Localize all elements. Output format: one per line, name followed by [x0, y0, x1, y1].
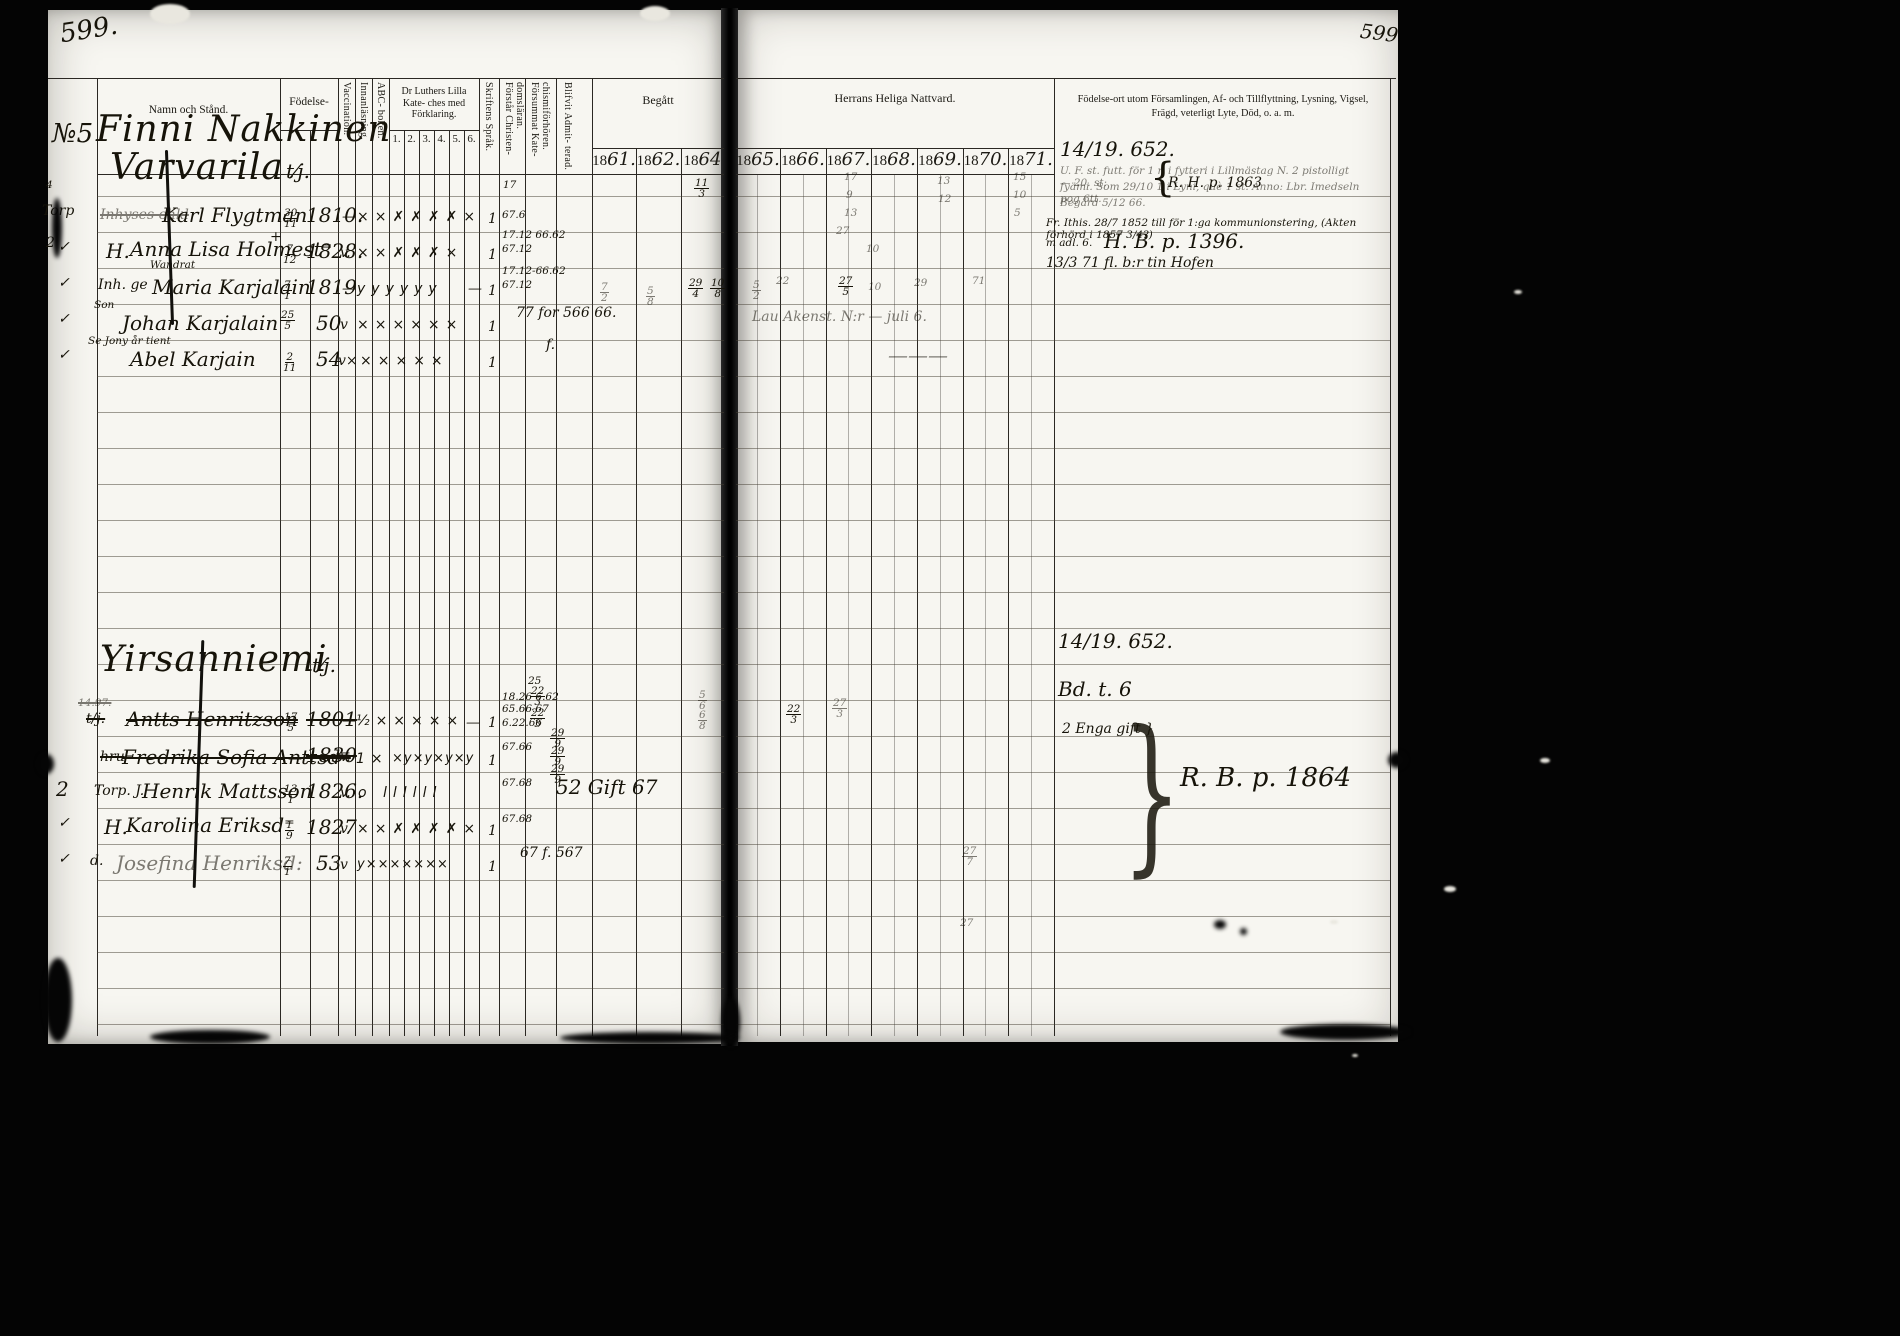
ruled-line: [736, 952, 1390, 953]
handwriting: Begärd 5/12 66.: [1060, 198, 1146, 210]
grid-line: [48, 78, 724, 79]
header-understands: Förstår Christen- domsläran.: [503, 82, 525, 172]
grid-line: [592, 78, 593, 1036]
ruled-line: [97, 232, 724, 233]
ruled-line: [736, 880, 1390, 881]
header-begatt: Begått: [592, 94, 724, 108]
grid-line: [499, 78, 500, 1036]
handwriting: 67.68: [502, 814, 532, 826]
scan-smudge: [150, 1030, 270, 1044]
handwriting: v: [340, 858, 348, 874]
begatt-year-label: 1861.: [592, 149, 636, 170]
handwriting: 255: [280, 310, 295, 331]
person-name: Josefina Henriksd:: [116, 852, 303, 874]
handwriting: 211: [283, 352, 296, 373]
handwriting: 27: [960, 918, 973, 930]
handwriting: 223: [530, 708, 545, 729]
scan-speck: [1330, 920, 1338, 924]
scan-smudge: [52, 198, 62, 258]
handwriting: 67.12: [502, 244, 532, 256]
ruled-line: [736, 592, 1390, 593]
person-name: Karolina Eriksd⁼: [126, 814, 295, 836]
catechism-col-number: 3.: [419, 133, 434, 145]
ruled-line: [97, 628, 724, 629]
handwriting: 2: [56, 778, 69, 800]
ruled-line: [736, 340, 1390, 341]
handwriting: 108: [710, 278, 725, 299]
handwriting: 77 for 566 66.: [516, 306, 616, 322]
scan-smudge: [44, 958, 72, 1042]
nattvard-year-label: 1867.: [826, 149, 871, 170]
brace: }: [1122, 714, 1181, 874]
handwriting: Son: [94, 300, 114, 312]
handwriting: 67 f. 567: [520, 846, 583, 862]
scan-speck: [1352, 1054, 1358, 1057]
person-name: Abel Karjain: [130, 348, 256, 370]
ruled-line: [97, 412, 724, 413]
grid-line: [389, 130, 479, 131]
catechism-col-number: 2.: [404, 133, 419, 145]
handwriting: —: [342, 210, 356, 226]
household-number: №5: [52, 120, 93, 149]
nattvard-year-label: 1870.: [963, 149, 1008, 170]
handwriting: 67.12: [502, 280, 532, 292]
scan-speck: [150, 4, 190, 24]
handwriting: H.: [104, 816, 128, 838]
handwriting: Lau Akenst. N:r — juli 6.: [752, 310, 1012, 326]
handwriting: d.: [90, 854, 103, 870]
person-name: Antts Henritzson: [126, 708, 298, 730]
nattvard-year-label: 1869.: [917, 149, 963, 170]
handwriting: 712: [283, 244, 296, 265]
scan-smudge: [38, 754, 54, 774]
handwriting: v.: [340, 246, 351, 262]
handwriting: 277: [962, 846, 977, 867]
handwriting: 71: [972, 276, 985, 288]
scan-smudge: [560, 1032, 740, 1044]
handwriting: 223: [530, 686, 545, 707]
handwriting: 1: [488, 716, 497, 732]
handwriting: 3011: [283, 208, 298, 229]
header-catechism: Dr Luthers Lilla Kate- ches med Förklari…: [390, 86, 478, 121]
handwriting: —: [342, 282, 356, 298]
handwriting: 53: [316, 852, 341, 874]
handwriting: ✓: [58, 348, 70, 364]
grid-line: [419, 130, 420, 1036]
handwriting: ××✗✗✗✗×: [357, 822, 481, 838]
handwriting: 17.12 66.62: [502, 230, 565, 242]
nattvard-year-label: 1866.: [780, 149, 826, 170]
ruled-line: [97, 880, 724, 881]
ruled-line: [97, 484, 724, 485]
person-name: Anna Lisa Holmest⁼: [130, 238, 332, 260]
ruled-line: [97, 1024, 724, 1025]
handwriting: 56: [698, 690, 707, 711]
begatt-year-label: 1864: [681, 149, 724, 170]
note: 14/19. 652.: [1058, 630, 1173, 652]
handwriting: 13: [844, 208, 857, 220]
ruled-line: [97, 304, 724, 305]
scan-speck: [1540, 758, 1550, 763]
handwriting: 175: [283, 712, 298, 733]
ruled-line: [97, 772, 724, 773]
handwriting: ✓: [58, 312, 70, 328]
scanned-church-record: Namn och Stånd. Födelse- Vaccination. In…: [0, 0, 1900, 1336]
scan-speck: [1514, 290, 1522, 294]
handwriting: o llllll: [358, 786, 442, 802]
handwriting: 275: [838, 276, 853, 297]
handwriting: ×y×y×y×y: [392, 752, 474, 767]
note: 13/3 71 fl. b:r tin Hofen: [1046, 256, 1214, 272]
ruled-line: [97, 844, 724, 845]
header-notes-line1: Födelse-ort utom Församlingen, Af- och T…: [1058, 94, 1388, 106]
handwriting: 1828.: [306, 240, 363, 262]
note: H. B. p. 1396.: [1104, 230, 1244, 252]
handwriting: t/j.: [86, 712, 105, 728]
handwriting: Torp. J.: [94, 784, 144, 800]
handwriting: 1: [488, 754, 497, 770]
scan-smudge: [1388, 752, 1406, 768]
note: R. B. p. 1864: [1180, 764, 1351, 793]
ruled-line: [736, 484, 1390, 485]
handwriting: ✓: [58, 852, 70, 868]
ruled-line: [97, 700, 724, 701]
handwriting: 22: [776, 276, 789, 288]
handwriting: ××✗✗✗✗×: [357, 210, 481, 226]
handwriting: 17.12-66.62: [502, 266, 566, 278]
handwriting: ½×××××: [356, 714, 464, 730]
handwriting: —: [288, 752, 302, 768]
handwriting: —: [468, 282, 482, 298]
grid-line: [310, 130, 311, 1036]
catechism-col-number: 4.: [434, 133, 449, 145]
ruled-line: [97, 376, 724, 377]
begatt-year-label: 1862.: [636, 149, 681, 170]
handwriting: 17: [503, 180, 516, 192]
ruled-line: [736, 844, 1390, 845]
handwriting: v.: [340, 822, 351, 838]
handwriting: 19: [285, 820, 294, 841]
handwriting: 15: [1013, 172, 1026, 184]
handwriting: 273: [832, 698, 847, 719]
handwriting: 1: [488, 248, 497, 264]
ruled-line: [736, 916, 1390, 917]
handwriting: 9: [846, 190, 853, 202]
header-admitted: Blifvit Admit- terad.: [562, 82, 588, 172]
handwriting: 1×: [356, 752, 389, 768]
handwriting: 72: [600, 282, 609, 303]
ruled-line: [97, 736, 724, 737]
handwriting: —: [342, 714, 356, 730]
nattvard-year-label: 1868.: [871, 149, 917, 170]
handwriting: 1: [488, 320, 497, 336]
ruled-line: [736, 988, 1390, 989]
grid-line: [449, 130, 450, 1036]
scan-smudge: [1240, 928, 1247, 935]
handwriting: 1: [488, 356, 497, 372]
handwriting: v.: [340, 786, 351, 802]
handwriting: 68: [698, 710, 707, 731]
handwriting: v: [340, 318, 348, 334]
nattvard-year-label: 1871.: [1008, 149, 1054, 170]
handwriting: v×: [338, 354, 358, 370]
handwriting: 131: [283, 784, 298, 805]
ruled-line: [97, 340, 724, 341]
handwriting: 67.6: [502, 210, 525, 222]
handwriting: 1: [488, 284, 497, 300]
handwriting: —: [466, 716, 480, 732]
farm-fraction: t⁄j.: [286, 160, 310, 182]
handwriting: 1: [488, 824, 497, 840]
header-nattvard: Herrans Heliga Nattvard.: [736, 92, 1054, 106]
handwriting: 17: [844, 172, 857, 184]
handwriting: 223: [786, 704, 801, 725]
handwriting: 50: [316, 312, 341, 334]
ruled-line: [97, 592, 724, 593]
ruled-line: [736, 664, 1390, 665]
handwriting: 29: [914, 278, 927, 290]
handwriting: ✓: [58, 276, 70, 292]
handwriting: 294: [688, 278, 703, 299]
note: Bd. t. 6: [1058, 678, 1132, 700]
header-missed: Försummat Kate- chismiförhören.: [529, 82, 556, 172]
handwriting: ×××××: [360, 354, 449, 370]
header-notes-line2: Frägd, veterligt Lyte, Död, o. a. m.: [1058, 108, 1388, 120]
ruled-line: [97, 448, 724, 449]
scan-speck: [1444, 886, 1456, 892]
grid-line: [97, 78, 98, 1036]
ruled-line: [97, 808, 724, 809]
ruled-line: [736, 808, 1390, 809]
handwriting: ———: [888, 344, 948, 366]
ruled-line: [97, 520, 724, 521]
note: R. H. p. 1863: [1168, 176, 1262, 192]
handwriting: +: [270, 230, 282, 246]
handwriting: 67.68: [502, 778, 532, 790]
handwriting: 1826.: [306, 780, 363, 802]
header-birth-col: Födelse-: [280, 96, 338, 109]
handwriting: 10: [868, 282, 881, 294]
handwriting: 1: [488, 860, 497, 876]
ruled-line: [97, 556, 724, 557]
farm-heading: Finni Nakkinen: [96, 110, 392, 150]
ruled-line: [736, 376, 1390, 377]
ruled-line: [736, 304, 1390, 305]
handwriting: ××××××: [357, 318, 463, 334]
handwriting: 58: [646, 286, 655, 307]
handwriting: 10: [1013, 190, 1026, 202]
handwriting: y×××××××: [357, 858, 449, 873]
handwriting: ××✗✗✗×: [357, 246, 463, 262]
farm-subheading: Varvarila: [110, 148, 284, 188]
handwriting: m adl. 6.: [1046, 238, 1092, 250]
scan-smudge: [1280, 1024, 1410, 1040]
handwriting: Se Jony år tient: [88, 336, 171, 348]
grid-line: [736, 174, 1054, 175]
handwriting: v.: [340, 750, 351, 766]
handwriting: 27: [836, 226, 849, 238]
scan-speck: [640, 6, 670, 21]
header-script: Skriftens Språk.: [483, 82, 494, 172]
ruled-line: [736, 1024, 1390, 1025]
ruled-line: [736, 520, 1390, 521]
handwriting: 4: [46, 180, 53, 192]
ruled-line: [97, 952, 724, 953]
farm-heading: Yirsanniemi: [100, 640, 328, 680]
catechism-col-number: 5.: [449, 133, 464, 145]
handwriting: 1: [488, 212, 497, 228]
handwriting: Inh. ge: [98, 278, 148, 294]
handwriting: 12: [938, 194, 951, 206]
note: 52 Gift 67: [556, 776, 657, 798]
handwriting: 5: [1014, 208, 1021, 220]
grid-line: [736, 78, 1396, 79]
ruled-line: [97, 196, 724, 197]
grid-line: [464, 130, 465, 1036]
ruled-line: [97, 916, 724, 917]
handwriting: 14.97.: [78, 698, 111, 710]
ruled-line: [736, 412, 1390, 413]
handwriting: 10: [866, 244, 879, 256]
ruled-line: [97, 988, 724, 989]
page-number-right: 599: [1359, 20, 1400, 47]
handwriting: ✓: [58, 816, 70, 832]
scan-smudge: [1214, 920, 1226, 929]
handwriting: 67.66: [502, 742, 532, 754]
grid-line: [556, 78, 557, 1036]
farm-fraction: t⁄j.: [312, 654, 336, 676]
ruled-line: [736, 556, 1390, 557]
handwriting: 13: [937, 176, 950, 188]
handwriting: 71: [283, 856, 292, 877]
handwriting: H.: [106, 240, 130, 262]
handwriting: yyyyyy: [357, 282, 443, 298]
grid-line: [404, 130, 405, 1036]
ruled-line: [736, 448, 1390, 449]
handwriting: f.: [546, 338, 555, 354]
catechism-col-number: 6.: [464, 133, 479, 145]
grid-line: [434, 130, 435, 1036]
handwriting: 52: [752, 280, 761, 301]
handwriting: Wandrat: [150, 260, 195, 272]
person-name: Johan Karjalain: [122, 312, 278, 334]
handwriting: 71: [283, 280, 292, 301]
nattvard-year-label: 1865.: [736, 149, 780, 170]
handwriting: 113: [694, 178, 709, 199]
